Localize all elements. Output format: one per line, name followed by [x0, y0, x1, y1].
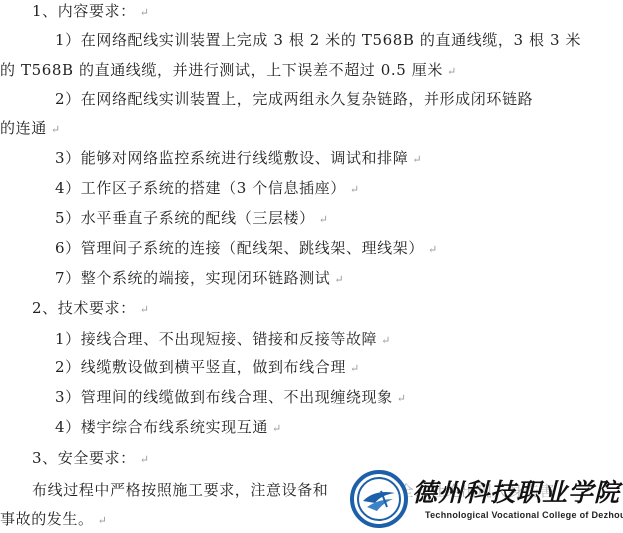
section-3-paragraph-cont: 事故的发生。↵: [0, 509, 107, 531]
section-1-item-5: 5）水平垂直子系统的配线（三层楼）↵: [55, 208, 329, 230]
college-emblem-icon: [350, 470, 408, 528]
section-1-item-2: 2）在网络配线实训装置上，完成两组永久复杂链路，并形成闭环链路: [55, 89, 533, 109]
section-1-item-2-cont: 的连通↵: [0, 118, 61, 140]
section-2-item-2: 2）线缆敷设做到横平竖直，做到布线合理↵: [55, 357, 360, 379]
college-name-en: Technological Vocational College of Dezh…: [425, 510, 623, 520]
section-1-item-3: 3）能够对网络监控系统进行线缆敷设、调试和排障↵: [55, 148, 422, 170]
college-watermark-logo: 德州科技职业学院 Technological Vocational Colleg…: [350, 470, 623, 530]
section-2-item-3: 3）管理间的线缆做到布线合理、不出现缠绕现象↵: [55, 387, 407, 409]
section-1-item-4: 4）工作区子系统的搭建（3 个信息插座）↵: [55, 178, 360, 200]
section-2-item-1: 1）接线合理、不出现短接、错接和反接等故障↵: [55, 329, 391, 351]
section-1-heading: 1、内容要求：↵: [32, 1, 150, 23]
section-1-item-7: 7）整个系统的端接，实现闭环链路测试↵: [55, 268, 344, 290]
section-1-item-1-cont: 的 T568B 的直通线缆，并进行测试，上下误差不超过 0.5 厘米↵: [0, 60, 457, 82]
section-1-item-6: 6）管理间子系统的连接（配线架、跳线架、理线架）↵: [55, 238, 438, 260]
section-2-item-4: 4）楼宇综合布线系统实现互通↵: [55, 417, 282, 439]
section-2-heading: 2、技术要求：↵: [32, 298, 150, 320]
section-3-heading: 3、安全要求：↵: [32, 448, 150, 470]
section-1-item-1: 1）在网络配线实训装置上完成 3 根 2 米的 T568B 的直通线缆，3 根 …: [55, 30, 581, 50]
section-3-paragraph: 布线过程中严格按照施工要求，注意设备和: [32, 480, 328, 500]
college-name-cn: 德州科技职业学院: [412, 473, 620, 509]
